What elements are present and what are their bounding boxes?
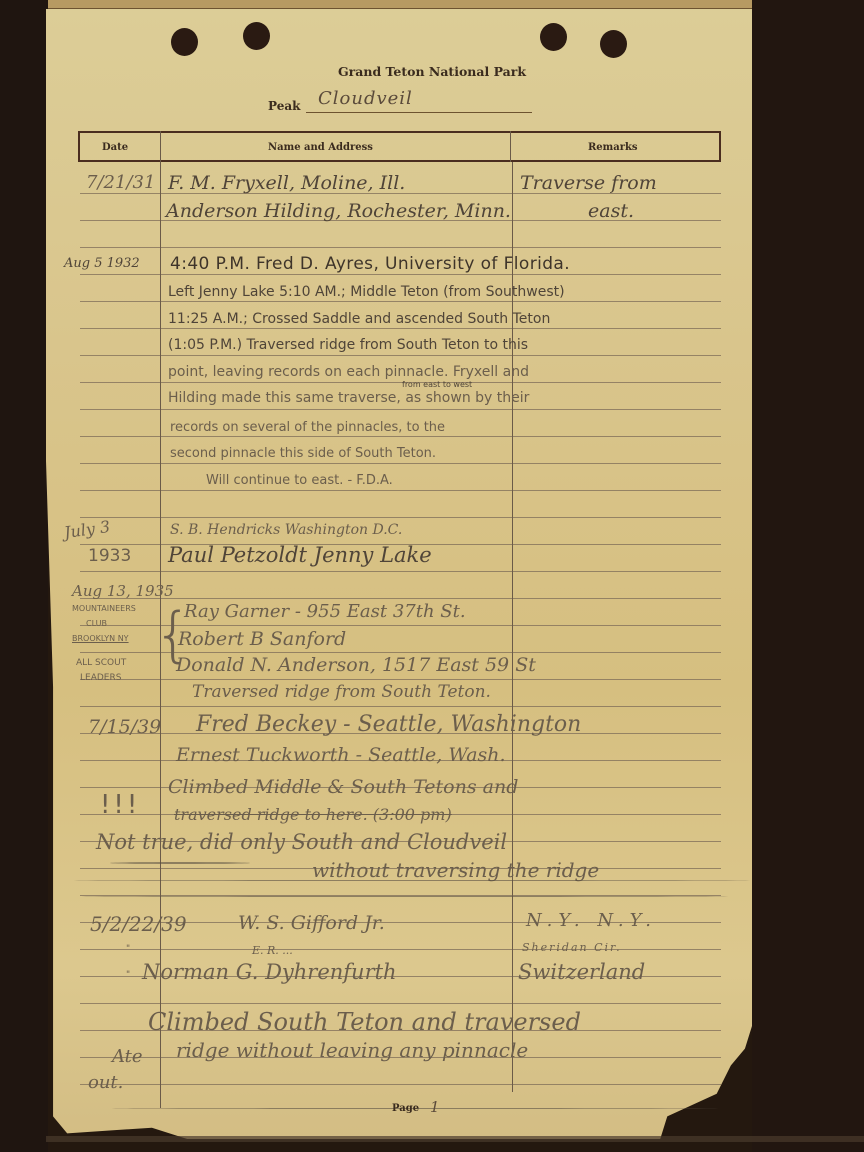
- ruled-line: [80, 355, 721, 356]
- entry-line: Ray Garner - 955 East 37th St.: [184, 601, 466, 622]
- entry-line: Climbed South Teton and traversed: [148, 1008, 581, 1036]
- entry-date: 7/15/39: [88, 716, 161, 738]
- scribble-mark: [72, 880, 752, 881]
- entry-margin-note: out.: [88, 1072, 123, 1093]
- peak-label: Peak: [268, 99, 300, 113]
- entry-line: 11:25 A.M.; Crossed Saddle and ascended …: [168, 311, 550, 327]
- background-left: [0, 0, 48, 1152]
- ruled-line: [80, 571, 721, 572]
- entry-line: 4:40 P.M. Fred D. Ayres, University of F…: [170, 254, 570, 274]
- entry-line: Left Jenny Lake 5:10 AM.; Middle Teton (…: [168, 284, 565, 300]
- entry-correction: without traversing the ridge: [312, 858, 599, 882]
- entry-line: ridge without leaving any pinnacle: [176, 1038, 528, 1062]
- entry-group: MOUNTAINEERS: [72, 604, 136, 613]
- scribble-mark: [80, 896, 730, 897]
- entry-line: S. B. Hendricks Washington D.C.: [170, 522, 402, 538]
- ruled-line: [80, 247, 721, 248]
- ruled-line: [80, 382, 721, 383]
- ruled-line: [80, 409, 721, 410]
- ditto-mark: ": [126, 944, 130, 954]
- ditto-mark: ": [126, 970, 130, 980]
- scribble-mark: [110, 862, 250, 864]
- entry-line: second pinnacle this side of South Teton…: [170, 446, 436, 461]
- entry-margin-note: Ate: [112, 1046, 143, 1067]
- entry-line: Hilding made this same traverse, as show…: [168, 390, 529, 406]
- header-divider: [510, 131, 511, 162]
- ruled-line: [80, 1003, 721, 1004]
- entry-line: Ernest Tuckworth - Seattle, Wash.: [176, 744, 506, 766]
- entry-correction: Not true, did only South and Cloudveil: [96, 830, 507, 854]
- entry-remark: Sheridan Cir.: [522, 941, 622, 954]
- entry-remark: Traverse from: [520, 172, 657, 194]
- entry-date: Aug 13, 1935: [72, 582, 174, 600]
- entry-line: Anderson Hilding, Rochester, Minn.: [166, 200, 511, 222]
- header-divider: [160, 131, 161, 162]
- entry-line: records on several of the pinnacles, to …: [170, 420, 445, 435]
- entry-insertion: from east to west: [402, 380, 472, 389]
- entry-line: E. R. ...: [252, 944, 293, 957]
- form-title: Grand Teton National Park: [0, 64, 864, 79]
- ruled-line: [80, 517, 721, 518]
- entry-group: LEADERS: [80, 673, 121, 683]
- ruled-line: [80, 1084, 721, 1085]
- punch-hole: [243, 22, 270, 50]
- entry-group: ALL SCOUT: [76, 658, 126, 668]
- entry-line: Norman G. Dyhrenfurth: [142, 960, 397, 984]
- entry-line: (1:05 P.M.) Traversed ridge from South T…: [168, 337, 528, 353]
- ruled-line: [80, 328, 721, 329]
- entry-line: point, leaving records on each pinnacle.…: [168, 364, 529, 380]
- entry-date: Aug 5 1932: [64, 256, 140, 271]
- entry-line: W. S. Gifford Jr.: [238, 912, 385, 934]
- ruled-line: [80, 949, 721, 950]
- entry-date: 7/21/31: [86, 172, 155, 193]
- background-right: [752, 0, 864, 1152]
- entry-line: Fred Beckey - Seattle, Washington: [196, 712, 581, 737]
- display-glass-edge: [46, 1136, 864, 1142]
- entry-remark: east.: [588, 200, 634, 222]
- page-top-edge: [48, 0, 752, 9]
- entry-group: CLUB: [86, 619, 107, 628]
- entry-line: F. M. Fryxell, Moline, Ill.: [168, 172, 405, 194]
- table-header: Date Name and Address Remarks: [78, 131, 721, 162]
- entry-line: Donald N. Anderson, 1517 East 59 St: [176, 654, 536, 676]
- column-header-date: Date: [102, 142, 128, 153]
- punch-hole: [540, 23, 567, 51]
- entry-remark: N.Y. N.Y.: [526, 910, 657, 931]
- entry-line: Paul Petzoldt Jenny Lake: [168, 543, 432, 567]
- ruled-line: [80, 706, 721, 707]
- entry-remark: Switzerland: [518, 960, 645, 984]
- entry-date: 5/2/22/39: [90, 912, 187, 936]
- peak-underline: [306, 112, 532, 113]
- ruled-line: [80, 274, 721, 275]
- ruled-line: [80, 490, 721, 491]
- ruled-line: [80, 436, 721, 437]
- ruled-line: [80, 679, 721, 680]
- peak-value: Cloudveil: [318, 88, 413, 109]
- column-header-name: Name and Address: [268, 142, 373, 153]
- entry-date: 1933: [88, 546, 131, 566]
- margin-exclamation: !!!: [100, 790, 140, 820]
- ruled-line: [80, 301, 721, 302]
- page-number: 1: [430, 1098, 440, 1116]
- remarks-column-divider: [512, 162, 513, 1092]
- punch-hole: [171, 28, 198, 56]
- ruled-line: [80, 598, 721, 599]
- entry-signature: Will continue to east. - F.D.A.: [206, 473, 393, 488]
- entry-line-struck: traversed ridge to here. (3:00 pm): [174, 805, 452, 824]
- entry-group: BROOKLYN NY: [72, 634, 129, 643]
- punch-hole: [600, 30, 627, 58]
- page-label: Page: [392, 1103, 419, 1114]
- entry-line: Traversed ridge from South Teton.: [192, 682, 491, 702]
- column-header-remarks: Remarks: [588, 142, 638, 153]
- entry-line: Climbed Middle & South Tetons and: [168, 776, 518, 798]
- ruled-line: [80, 463, 721, 464]
- entry-line: Robert B Sanford: [178, 628, 346, 650]
